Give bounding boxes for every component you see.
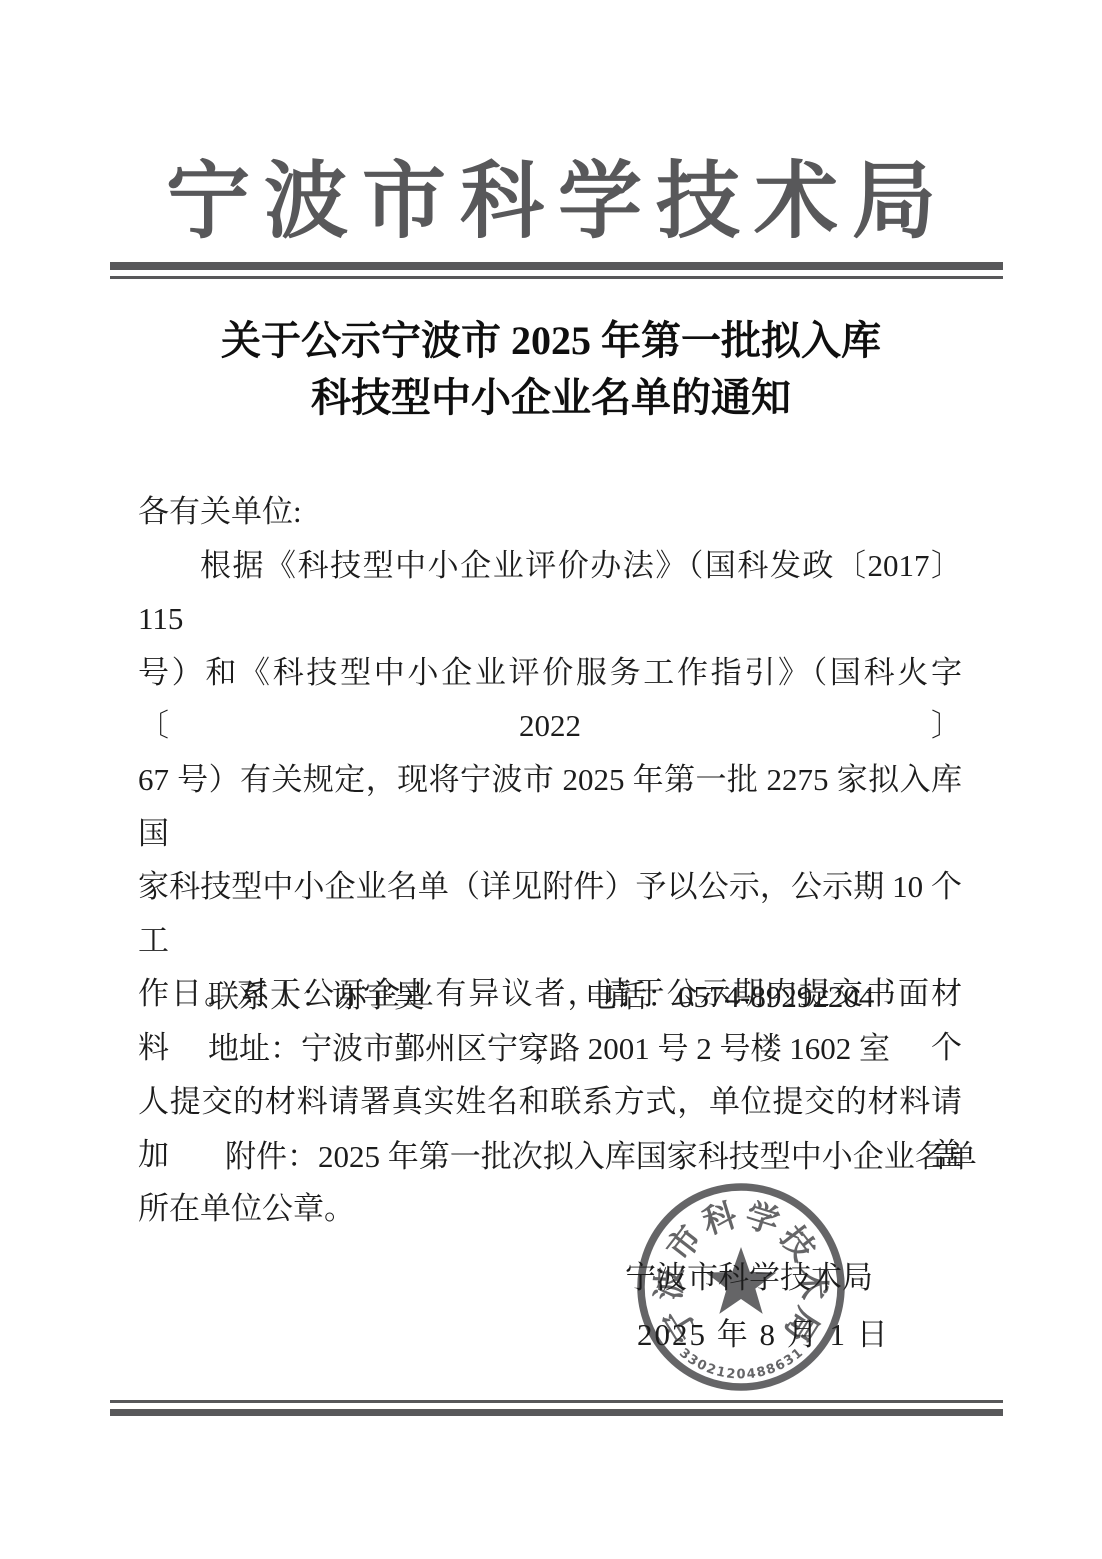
footer-rule-thin xyxy=(110,1400,1003,1403)
document-title-line1: 关于公示宁波市 2025 年第一批拟入库 xyxy=(0,312,1102,369)
stamp-serial-digit: 0 xyxy=(736,1368,745,1383)
stamp-ring-char: 科 xyxy=(698,1196,741,1241)
document-title-line2: 科技型中小企业名单的通知 xyxy=(0,369,1102,426)
agency-masthead: 宁波市科学技术局 xyxy=(0,146,1102,256)
paragraph-line: 家科技型中小企业名单（详见附件）予以公示，公示期 10 个工 xyxy=(138,860,962,967)
paragraph-line: 67 号）有关规定，现将宁波市 2025 年第一批 2275 家拟入库国 xyxy=(138,753,962,860)
contact-person-label: 联系人： xyxy=(208,979,332,1014)
body-text: 各有关单位: 根据《科技型中小企业评价办法》（国科发政〔2017〕115 号）和… xyxy=(138,485,962,1235)
signature-date: 2025 年 8 月 1 日 xyxy=(637,1315,890,1355)
contact-address-value: 宁波市鄞州区宁穿路 2001 号 2 号楼 1602 室 xyxy=(301,1031,890,1066)
contact-address: 地址：宁波市鄞州区宁穿路 2001 号 2 号楼 1602 室 xyxy=(208,1029,968,1069)
contact-block: 联系人：谢宇昊电话：0574-89292204 地址：宁波市鄞州区宁穿路 200… xyxy=(208,977,968,1081)
masthead-rule-thin xyxy=(110,276,1003,279)
masthead-rule-thick xyxy=(110,262,1003,270)
contact-phone-label: 电话： xyxy=(585,979,678,1014)
contact-row-person-phone: 联系人：谢宇昊电话：0574-89292204 xyxy=(208,977,968,1017)
signature-agency: 宁波市科学技术局 xyxy=(625,1258,873,1298)
stamp-ring-char: 学 xyxy=(741,1196,784,1241)
document-title: 关于公示宁波市 2025 年第一批拟入库 科技型中小企业名单的通知 xyxy=(0,312,1102,426)
attachment-line: 附件：2025 年第一批次拟入库国家科技型中小企业名单 xyxy=(225,1137,977,1177)
contact-person-name: 谢宇昊 xyxy=(332,979,425,1014)
contact-address-label: 地址： xyxy=(208,1031,301,1066)
salutation: 各有关单位: xyxy=(138,485,962,539)
contact-phone-number: 0574-89292204 xyxy=(678,979,874,1014)
contact-person: 联系人：谢宇昊 xyxy=(208,977,585,1017)
paragraph-line: 根据《科技型中小企业评价办法》（国科发政〔2017〕115 xyxy=(138,539,962,646)
footer-rule-thick xyxy=(110,1409,1003,1416)
stamp-serial-digit: 2 xyxy=(725,1366,736,1382)
contact-phone: 电话：0574-89292204 xyxy=(585,979,874,1014)
paragraph-line: 号）和《科技型中小企业评价服务工作指引》（国科火字〔2022〕 xyxy=(138,646,962,753)
document-page: 宁波市科学技术局 关于公示宁波市 2025 年第一批拟入库 科技型中小企业名单的… xyxy=(0,0,1102,1559)
